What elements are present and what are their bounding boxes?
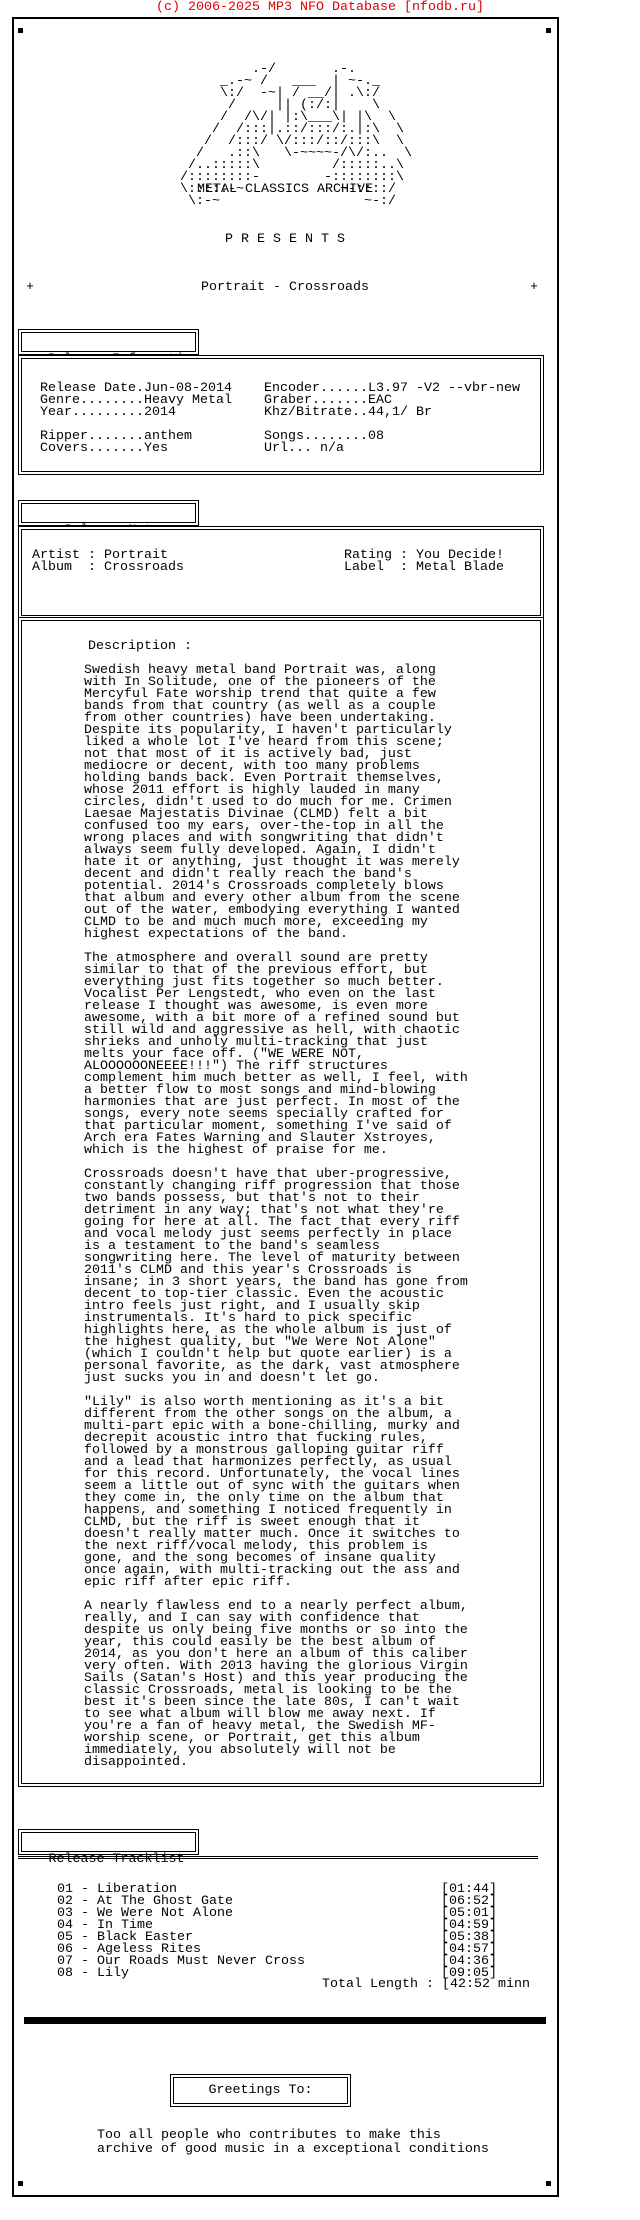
tab-label: Release Tracklist bbox=[49, 1852, 185, 1867]
section-divider bbox=[195, 1856, 538, 1859]
greetings-line: Too all people who contributes to make t… bbox=[97, 2130, 441, 2142]
release-info-field: Year.........2014 bbox=[40, 407, 232, 419]
description-box: Description : Swedish heavy metal band P… bbox=[18, 617, 544, 1787]
release-notes-header-box: Artist : Portrait Album : Crossroads Rat… bbox=[18, 526, 544, 619]
release-title: Portrait - Crossroads bbox=[12, 282, 558, 294]
description-body: Swedish heavy metal band Portrait was, a… bbox=[84, 665, 468, 1781]
section-divider bbox=[18, 1856, 198, 1859]
description-paragraph: Crossroads doesn't have that uber-progre… bbox=[84, 1169, 468, 1385]
album-line: Album : Crossroads bbox=[32, 562, 184, 574]
corner-square-icon bbox=[546, 2181, 551, 2186]
thick-divider bbox=[24, 2017, 546, 2024]
release-info-field: Covers.......Yes bbox=[40, 443, 232, 455]
release-info-right: Encoder......L3.97 -V2 --vbr-newGraber..… bbox=[264, 383, 520, 455]
logo-title: METAL CLASSICS ARCHIVE bbox=[12, 184, 558, 196]
greetings-line: archive of good music in a exceptional c… bbox=[97, 2144, 489, 2156]
release-info-field: Url... n/a bbox=[264, 443, 520, 455]
description-paragraph: Swedish heavy metal band Portrait was, a… bbox=[84, 665, 468, 941]
corner-square-icon bbox=[546, 28, 551, 33]
tab-release-notes: Release Notes bbox=[18, 500, 199, 526]
total-length: Total Length : [42:52 minn bbox=[322, 1979, 530, 1991]
description-heading: Description : bbox=[88, 641, 192, 653]
track-title: 08 - Lily bbox=[57, 1966, 129, 1981]
release-info-field: Khz/Bitrate..44,1/ Br bbox=[264, 407, 520, 419]
label-line: Label : Metal Blade bbox=[344, 562, 504, 574]
greetings-heading: Greetings To: bbox=[171, 2085, 350, 2097]
description-paragraph: A nearly flawless end to a nearly perfec… bbox=[84, 1601, 468, 1769]
tab-release-tracklist: Release Tracklist bbox=[18, 1829, 199, 1855]
tab-release-information: Release Information bbox=[18, 329, 199, 355]
presents-heading: P R E S E N T S bbox=[12, 234, 558, 246]
description-paragraph: The atmosphere and overall sound are pre… bbox=[84, 953, 468, 1157]
corner-square-icon bbox=[18, 2181, 23, 2186]
release-information-box: Release Date.Jun-08-2014Genre........Hea… bbox=[18, 355, 544, 475]
description-paragraph: "Lily" is also worth mentioning as it's … bbox=[84, 1397, 468, 1589]
copyright-notice: (c) 2006-2025 MP3 NFO Database [nfodb.ru… bbox=[0, 2, 640, 14]
corner-square-icon bbox=[18, 28, 23, 33]
greetings-box: Greetings To: bbox=[170, 2074, 351, 2107]
tracklist: 01 - Liberation[01:44]02 - At The Ghost … bbox=[57, 1884, 497, 1980]
release-info-left: Release Date.Jun-08-2014Genre........Hea… bbox=[40, 383, 232, 455]
